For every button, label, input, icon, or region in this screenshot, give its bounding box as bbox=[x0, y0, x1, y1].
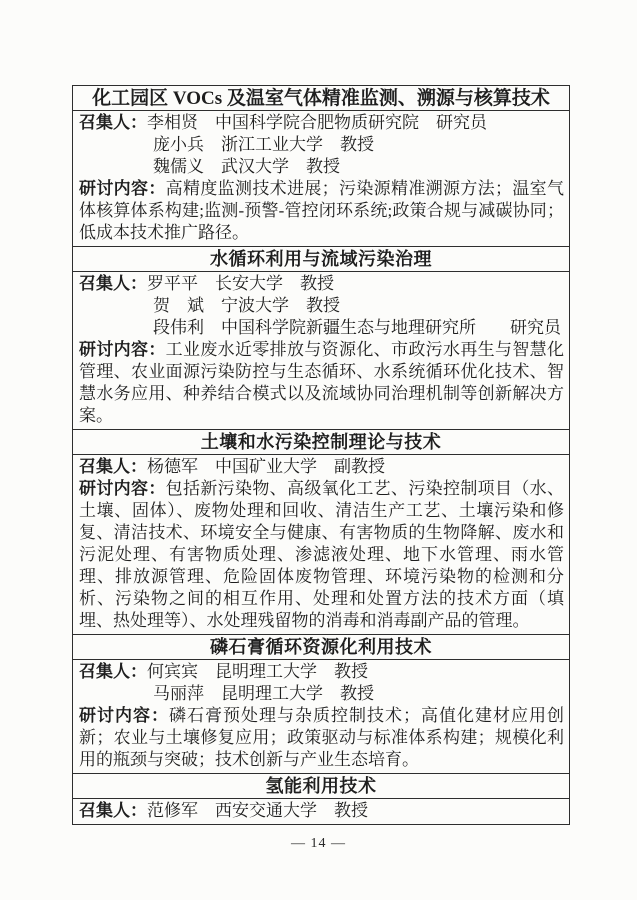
section-body: 召集人：李相贤 中国科学院合肥物质研究院 研究员 庞小兵 浙江工业大学 教授 魏… bbox=[73, 111, 569, 247]
topic-paragraph: 研讨内容：高精度监测技术进展；污染源精准溯源方法；温室气体核算体系构建;监测-预… bbox=[79, 178, 564, 244]
convener-entry: 庞小兵 浙江工业大学 教授 bbox=[153, 135, 374, 154]
topic-label: 研讨内容： bbox=[79, 179, 166, 198]
session-table: 化工园区 VOCs 及温室气体精准监测、溯源与核算技术 召集人：李相贤 中国科学… bbox=[72, 85, 570, 825]
section-title: 水循环利用与流域污染治理 bbox=[73, 247, 569, 272]
convener-line: 召集人：李相贤 中国科学院合肥物质研究院 研究员 bbox=[79, 112, 564, 134]
topic-text: 包括新污染物、高级氧化工艺、污染控制项目（水、土壤、固体）、废物处理和回收、清洁… bbox=[79, 479, 564, 630]
convener-label: 召集人： bbox=[79, 801, 147, 820]
section-title: 土壤和水污染控制理论与技术 bbox=[73, 430, 569, 455]
convener-entry: 段伟利 中国科学院新疆生态与地理研究所 研究员 bbox=[153, 318, 561, 337]
topic-paragraph: 研讨内容：包括新污染物、高级氧化工艺、污染控制项目（水、土壤、固体）、废物处理和… bbox=[79, 478, 564, 632]
convener-line: 马丽萍 昆明理工大学 教授 bbox=[79, 683, 564, 705]
convener-entry: 马丽萍 昆明理工大学 教授 bbox=[153, 684, 374, 703]
topic-paragraph: 研讨内容：磷石膏预处理与杂质控制技术；高值化建材应用创新；农业与土壤修复应用；政… bbox=[79, 705, 564, 771]
convener-line: 召集人：何宾宾 昆明理工大学 教授 bbox=[79, 661, 564, 683]
convener-line: 魏儒义 武汉大学 教授 bbox=[79, 156, 564, 178]
convener-label: 召集人： bbox=[79, 274, 147, 293]
convener-line: 段伟利 中国科学院新疆生态与地理研究所 研究员 bbox=[79, 317, 564, 339]
section-title-text: 水循环利用与流域污染治理 bbox=[210, 249, 432, 269]
topic-label: 研讨内容： bbox=[79, 706, 169, 725]
convener-label: 召集人： bbox=[79, 457, 147, 476]
topic-paragraph: 研讨内容：工业废水近零排放与资源化、市政污水再生与智慧化管理、农业面源污染防控与… bbox=[79, 339, 564, 427]
convener-label: 召集人： bbox=[79, 113, 147, 132]
document-page: 化工园区 VOCs 及温室气体精准监测、溯源与核算技术 召集人：李相贤 中国科学… bbox=[0, 0, 637, 900]
convener-entry: 何宾宾 昆明理工大学 教授 bbox=[147, 662, 368, 681]
convener-entry: 杨德军 中国矿业大学 副教授 bbox=[147, 457, 385, 476]
convener-line: 庞小兵 浙江工业大学 教授 bbox=[79, 134, 564, 156]
convener-entry: 贺 斌 宁波大学 教授 bbox=[153, 296, 340, 315]
topic-label: 研讨内容： bbox=[79, 479, 166, 498]
convener-line: 贺 斌 宁波大学 教授 bbox=[79, 295, 564, 317]
topic-label: 研讨内容： bbox=[79, 340, 166, 359]
section-title-text: 化工园区 VOCs 及温室气体精准监测、溯源与核算技术 bbox=[92, 88, 550, 109]
section-title-text: 土壤和水污染控制理论与技术 bbox=[201, 432, 442, 452]
section-title-text: 氢能利用技术 bbox=[266, 776, 377, 796]
convener-line: 召集人：罗平平 长安大学 教授 bbox=[79, 273, 564, 295]
section-title: 氢能利用技术 bbox=[73, 774, 569, 799]
section-title: 化工园区 VOCs 及温室气体精准监测、溯源与核算技术 bbox=[73, 86, 569, 111]
page-number: — 14 — bbox=[0, 836, 637, 852]
section-body: 召集人：罗平平 长安大学 教授 贺 斌 宁波大学 教授 段伟利 中国科学院新疆生… bbox=[73, 272, 569, 430]
convener-line: 召集人：范修军 西安交通大学 教授 bbox=[79, 800, 564, 822]
section-title-text: 磷石膏循环资源化利用技术 bbox=[210, 637, 432, 657]
convener-entry: 李相贤 中国科学院合肥物质研究院 研究员 bbox=[147, 113, 487, 132]
convener-label: 召集人： bbox=[79, 662, 147, 681]
convener-entry: 范修军 西安交通大学 教授 bbox=[147, 801, 368, 820]
convener-line: 召集人：杨德军 中国矿业大学 副教授 bbox=[79, 456, 564, 478]
convener-entry: 魏儒义 武汉大学 教授 bbox=[153, 157, 340, 176]
section-body: 召集人：何宾宾 昆明理工大学 教授 马丽萍 昆明理工大学 教授 研讨内容：磷石膏… bbox=[73, 660, 569, 774]
section-body: 召集人：杨德军 中国矿业大学 副教授 研讨内容：包括新污染物、高级氧化工艺、污染… bbox=[73, 455, 569, 635]
convener-entry: 罗平平 长安大学 教授 bbox=[147, 274, 334, 293]
section-body: 召集人：范修军 西安交通大学 教授 bbox=[73, 799, 569, 824]
section-title: 磷石膏循环资源化利用技术 bbox=[73, 635, 569, 660]
